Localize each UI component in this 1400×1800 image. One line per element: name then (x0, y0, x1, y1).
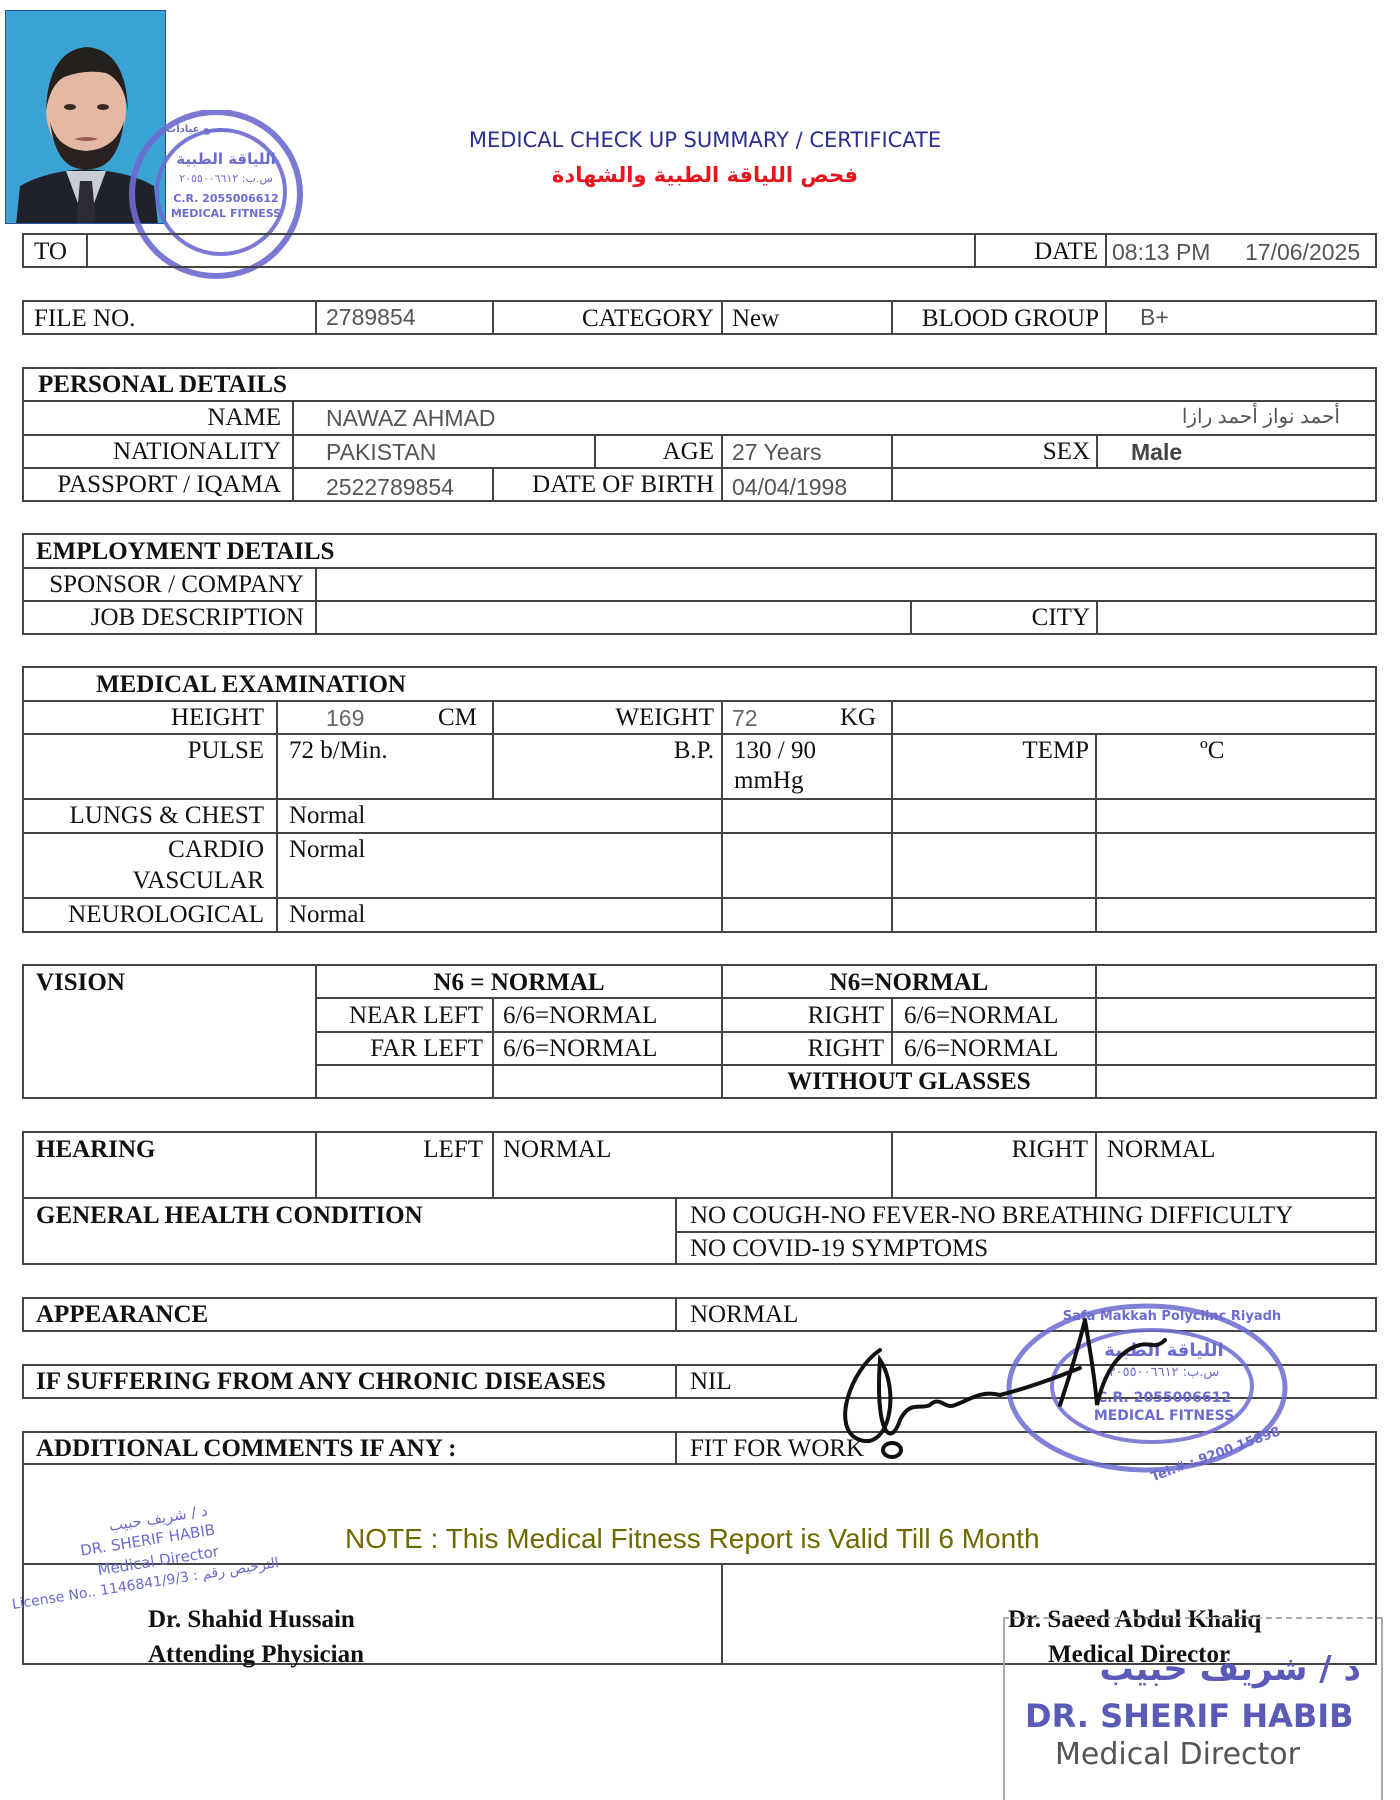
file-no-value: 2789854 (326, 302, 416, 332)
hearing-heading: HEARING (36, 1135, 155, 1165)
date-value: 17/06/2025 (1245, 237, 1360, 267)
height-unit: CM (438, 703, 477, 733)
cardio-label-line2: VASCULAR (26, 866, 264, 896)
document-title: MEDICAL CHECK UP SUMMARY / CERTIFICATE (0, 128, 1400, 152)
passport-value: 2522789854 (326, 472, 454, 502)
weight-value: 72 (732, 703, 758, 733)
hearing-right-label: RIGHT (895, 1135, 1088, 1165)
doctor-stamp-bottom: د / شريف حبيب DR. SHERIF HABIB Medical D… (1003, 1617, 1383, 1800)
bp-unit: mmHg (734, 766, 803, 796)
chronic-diseases-value: NIL (690, 1367, 732, 1397)
hearing-left-value: NORMAL (503, 1135, 611, 1165)
sex-label: SEX (895, 437, 1090, 467)
personal-details-heading: PERSONAL DETAILS (38, 370, 287, 400)
pulse-value: 72 b/Min. (289, 736, 388, 766)
height-label: HEIGHT (26, 703, 264, 733)
sex-value: Male (1131, 437, 1182, 467)
date-label: DATE (980, 237, 1098, 267)
name-label: NAME (26, 403, 281, 433)
weight-unit: KG (840, 703, 876, 733)
appearance-value: NORMAL (690, 1300, 798, 1330)
temp-unit: ºC (1200, 736, 1224, 766)
general-health-line1: NO COUGH-NO FEVER-NO BREATHING DIFFICULT… (690, 1201, 1293, 1231)
general-health-line2: NO COVID-19 SYMPTOMS (690, 1234, 988, 1264)
name-value: NAWAZ AHMAD (326, 403, 496, 433)
validity-note: NOTE : This Medical Fitness Report is Va… (345, 1524, 1040, 1554)
date-time-value: 08:13 PM (1112, 237, 1210, 267)
blood-group-label: BLOOD GROUP (895, 304, 1099, 334)
neurological-value: Normal (289, 900, 365, 930)
dob-value: 04/04/1998 (732, 472, 847, 502)
far-left-value: 6/6=NORMAL (503, 1034, 657, 1064)
job-description-label: JOB DESCRIPTION (26, 603, 304, 633)
nationality-value: PAKISTAN (326, 437, 436, 467)
vision-n6-right: N6=NORMAL (723, 968, 1095, 998)
near-right-label: RIGHT (725, 1001, 884, 1031)
nationality-label: NATIONALITY (26, 437, 281, 467)
general-health-heading: GENERAL HEALTH CONDITION (36, 1201, 423, 1231)
category-value: New (732, 304, 779, 334)
employment-details-heading: EMPLOYMENT DETAILS (36, 537, 334, 567)
blood-group-value: B+ (1140, 302, 1169, 332)
passport-label: PASSPORT / IQAMA (26, 470, 281, 500)
hearing-right-value: NORMAL (1107, 1135, 1215, 1165)
bp-value: 130 / 90 (734, 736, 816, 766)
near-left-value: 6/6=NORMAL (503, 1001, 657, 1031)
additional-comments-label: ADDITIONAL COMMENTS IF ANY : (36, 1434, 456, 1464)
age-value: 27 Years (732, 437, 822, 467)
vision-n6-left: N6 = NORMAL (317, 968, 721, 998)
weight-label: WEIGHT (496, 703, 714, 733)
dob-label: DATE OF BIRTH (496, 470, 714, 500)
chronic-diseases-label: IF SUFFERING FROM ANY CHRONIC DISEASES (36, 1367, 606, 1397)
far-left-label: FAR LEFT (319, 1034, 483, 1064)
far-right-label: RIGHT (725, 1034, 884, 1064)
near-right-value: 6/6=NORMAL (904, 1001, 1058, 1031)
hearing-left-label: LEFT (319, 1135, 483, 1165)
city-label: CITY (914, 603, 1090, 633)
neurological-label: NEUROLOGICAL (26, 900, 264, 930)
lungs-chest-label: LUNGS & CHEST (26, 801, 264, 831)
vision-heading: VISION (36, 968, 125, 998)
lungs-chest-value: Normal (289, 801, 365, 831)
temp-label: TEMP (895, 736, 1089, 766)
signature-mark (820, 1310, 1180, 1470)
sponsor-label: SPONSOR / COMPANY (26, 570, 304, 600)
document-title-arabic: فحص اللياقة الطبية والشهادة (0, 163, 1400, 187)
medical-examination-heading: MEDICAL EXAMINATION (96, 670, 406, 700)
name-arabic-value: أحمد نواز أحمد رازا (1000, 402, 1340, 432)
without-glasses-note: WITHOUT GLASSES (723, 1067, 1095, 1097)
svg-text:C.R. 2055006612: C.R. 2055006612 (173, 192, 278, 205)
svg-text:MEDICAL FITNESS: MEDICAL FITNESS (171, 207, 281, 220)
height-value: 169 (326, 703, 364, 733)
pulse-label: PULSE (26, 736, 264, 766)
cardio-value: Normal (289, 835, 365, 865)
far-right-value: 6/6=NORMAL (904, 1034, 1058, 1064)
age-label: AGE (598, 437, 714, 467)
appearance-label: APPEARANCE (36, 1300, 208, 1330)
to-label: TO (34, 237, 67, 267)
near-left-label: NEAR LEFT (319, 1001, 483, 1031)
file-no-label: FILE NO. (34, 304, 135, 334)
category-label: CATEGORY (496, 304, 714, 334)
cardio-label-line1: CARDIO (26, 835, 264, 865)
bp-label: B.P. (496, 736, 714, 766)
